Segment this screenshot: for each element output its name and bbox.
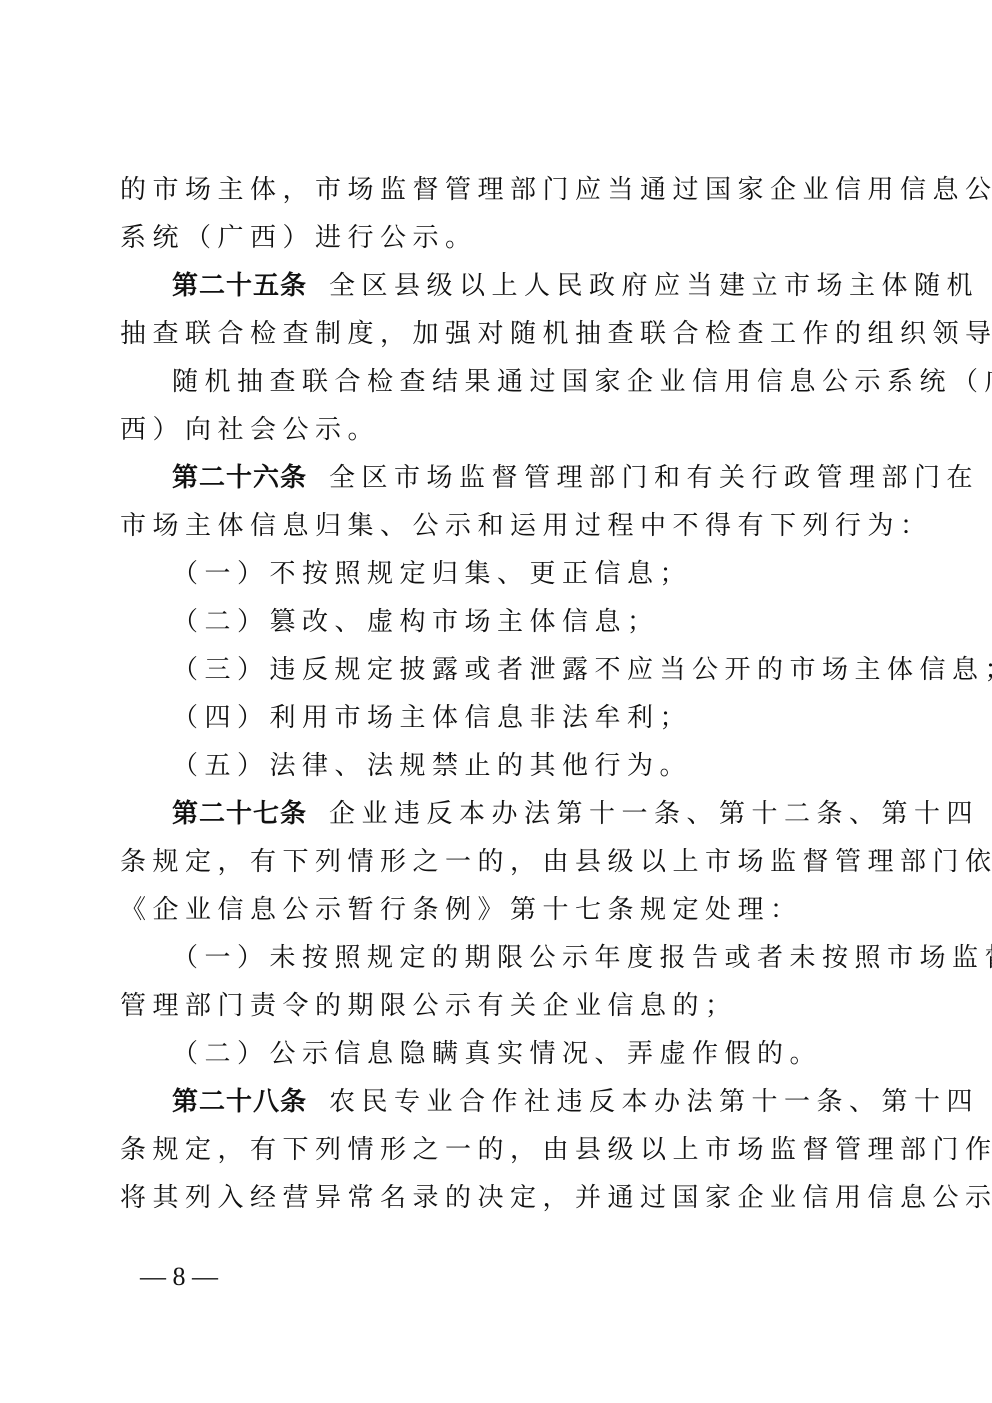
article-number: 第二十五条 — [172, 271, 307, 301]
list-item: （一）未按照规定的期限公示年度报告或者未按照市场监督 — [120, 934, 876, 982]
paragraph-line: 《企业信息公示暂行条例》第十七条规定处理： — [120, 886, 876, 934]
list-item: （一）不按照规定归集、更正信息； — [120, 550, 876, 598]
list-item: （二）篡改、虚构市场主体信息； — [120, 598, 876, 646]
article-text: 企业违反本办法第十一条、第十二条、第十四 — [329, 799, 979, 829]
article-number: 第二十八条 — [172, 1087, 307, 1117]
article-text: 全区市场监督管理部门和有关行政管理部门在 — [329, 463, 979, 493]
article-25-heading-line: 第二十五条全区县级以上人民政府应当建立市场主体随机 — [120, 262, 876, 310]
article-number: 第二十七条 — [172, 799, 307, 829]
article-28-heading-line: 第二十八条农民专业合作社违反本办法第十一条、第十四 — [120, 1078, 876, 1126]
list-item: （二）公示信息隐瞒真实情况、弄虚作假的。 — [120, 1030, 876, 1078]
paragraph-line: 将其列入经营异常名录的决定，并通过国家企业信用信息公示系 — [120, 1174, 876, 1222]
article-number: 第二十六条 — [172, 463, 307, 493]
paragraph-line: 抽查联合检查制度，加强对随机抽查联合检查工作的组织领导。 — [120, 310, 876, 358]
paragraph-line: 管理部门责令的期限公示有关企业信息的； — [120, 982, 876, 1030]
paragraph-line: 系统（广西）进行公示。 — [120, 214, 876, 262]
article-text: 农民专业合作社违反本办法第十一条、第十四 — [329, 1087, 979, 1117]
document-page: 的市场主体，市场监督管理部门应当通过国家企业信用信息公示 系统（广西）进行公示。… — [120, 166, 876, 1222]
article-text: 全区县级以上人民政府应当建立市场主体随机 — [329, 271, 979, 301]
paragraph-line: 随机抽查联合检查结果通过国家企业信用信息公示系统（广 — [120, 358, 876, 406]
paragraph-line: 条规定，有下列情形之一的，由县级以上市场监督管理部门作出 — [120, 1126, 876, 1174]
list-item: （四）利用市场主体信息非法牟利； — [120, 694, 876, 742]
paragraph-line: 西）向社会公示。 — [120, 406, 876, 454]
article-27-heading-line: 第二十七条企业违反本办法第十一条、第十二条、第十四 — [120, 790, 876, 838]
page-number: — 8 — — [140, 1262, 218, 1292]
paragraph-line: 条规定，有下列情形之一的，由县级以上市场监督管理部门依照 — [120, 838, 876, 886]
article-26-heading-line: 第二十六条全区市场监督管理部门和有关行政管理部门在 — [120, 454, 876, 502]
list-item: （三）违反规定披露或者泄露不应当公开的市场主体信息； — [120, 646, 876, 694]
paragraph-line: 的市场主体，市场监督管理部门应当通过国家企业信用信息公示 — [120, 166, 876, 214]
list-item: （五）法律、法规禁止的其他行为。 — [120, 742, 876, 790]
paragraph-line: 市场主体信息归集、公示和运用过程中不得有下列行为： — [120, 502, 876, 550]
